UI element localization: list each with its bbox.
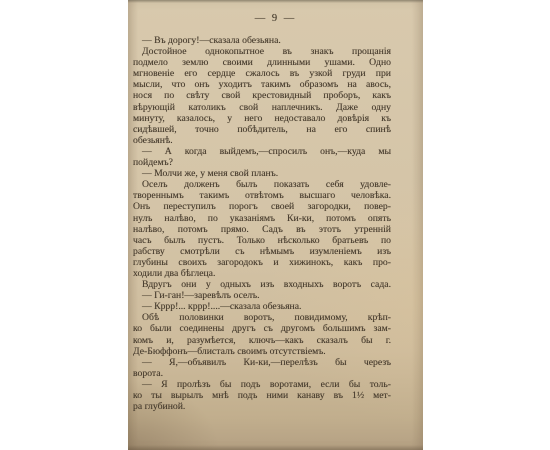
text-line: часъ былъ пустъ. Только нѣсколько братье… <box>133 235 391 246</box>
text-line: сидѣвшей, точно побѣдитель, на его спинѣ <box>133 124 391 135</box>
text-line: Онъ переступилъ порогъ своей загородки, … <box>133 201 391 212</box>
text-line: — Молчи же, у меня свой планъ. <box>133 168 391 179</box>
text-line: Вдругъ они у одныхъ изъ входныхъ воротъ … <box>133 279 391 290</box>
text-line: нося по свѣту свой крестовидный проборъ,… <box>133 90 391 101</box>
text-line: ко ты вырылъ мнѣ подъ ними канаву въ 1½ … <box>133 390 391 401</box>
text-line: Достойное однокопытное въ знакъ прощанія <box>133 46 391 57</box>
text-line: — Я пролѣзъ бы подъ воротами, если бы то… <box>133 379 391 390</box>
screenshot-canvas: — 9 — — Въ дорогу!—сказала обезьяна.Дост… <box>0 0 550 450</box>
text-line: подмело землю своими длинными ушами. Одн… <box>133 57 391 68</box>
text-line: Оселъ долженъ былъ показать себя удовле- <box>133 179 391 190</box>
text-line: вѣрующій католикъ свой наплечникъ. Даже … <box>133 102 391 113</box>
text-line: ра глубиной. <box>133 401 391 412</box>
body-text: — Въ дорогу!—сказала обезьяна.Достойное … <box>133 35 391 412</box>
text-line: Обѣ половинки воротъ, повидимому, крѣп- <box>133 312 391 323</box>
text-line: — Въ дорогу!—сказала обезьяна. <box>133 35 391 46</box>
text-line: налѣво, потомъ прямо. Садъ въ этотъ утре… <box>133 224 391 235</box>
text-line: — Кррр!... кррр!....—сказала обезьяна. <box>133 301 391 312</box>
scanned-book-page: — 9 — — Въ дорогу!—сказала обезьяна.Дост… <box>128 0 423 450</box>
text-line: обезьянѣ. <box>133 135 391 146</box>
text-line: рабству смотрѣли съ нѣмымъ изумленіемъ и… <box>133 246 391 257</box>
text-line: ходили два бѣглеца. <box>133 268 391 279</box>
text-line: мысли, что онъ уходитъ такимъ образомъ н… <box>133 79 391 90</box>
text-line: глубины своихъ загородокъ и хижинокъ, ка… <box>133 257 391 268</box>
text-line: — Ги-ган!—заревѣлъ оселъ. <box>133 290 391 301</box>
text-line: пойдемъ? <box>133 157 391 168</box>
text-line: комъ и, разумѣется, ключъ—какъ сказалъ б… <box>133 335 391 346</box>
text-line: — А когда выйдемъ,—спросилъ онъ,—куда мы <box>133 146 391 157</box>
text-line: ко были соединены другъ съ другомъ больш… <box>133 323 391 334</box>
text-line: ворота. <box>133 368 391 379</box>
text-line: нулъ налѣво, по указаніямъ Ки-ки, потомъ… <box>133 213 391 224</box>
text-line: — Я,—объявилъ Ки-ки,—перелѣзъ бы черезъ <box>133 357 391 368</box>
text-line: мгновеніе его сердце сжалось въ узкой гр… <box>133 68 391 79</box>
text-line: Де-Бюффонъ—блисталъ своимъ отсутствіемъ. <box>133 346 391 357</box>
text-line: минуту, казалось, у него недоставало дов… <box>133 113 391 124</box>
text-line: твореннымъ такимъ отвѣтомъ высшаго челов… <box>133 190 391 201</box>
page-number: — 9 — <box>128 13 423 24</box>
